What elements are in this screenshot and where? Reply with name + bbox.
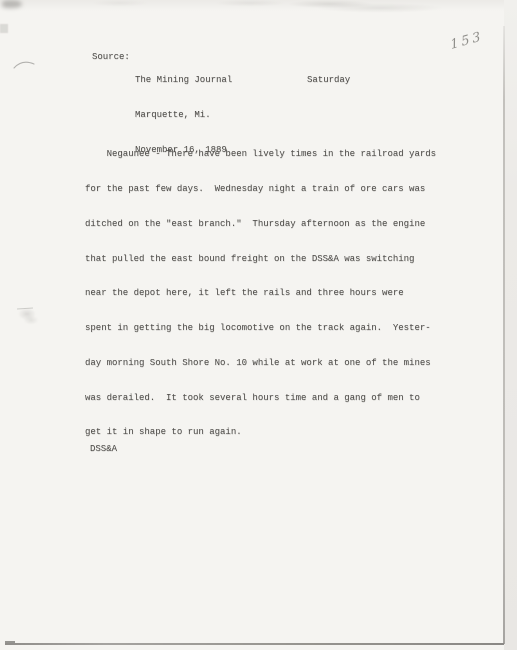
- body-line: for the past few days. Wednesday night a…: [85, 184, 436, 196]
- footer-railroad-code: DSS&A: [90, 444, 117, 456]
- source-label: Source:: [92, 52, 130, 64]
- left-edge-mark: [0, 24, 8, 33]
- bottom-left-mark: [5, 641, 15, 643]
- body-line: day morning South Shore No. 10 while at …: [85, 358, 436, 370]
- scan-background-right: [504, 0, 517, 650]
- paper-bottom-edge: [5, 643, 504, 645]
- article-body: Negaunee - There have been lively times …: [85, 126, 436, 462]
- body-line: that pulled the east bound freight on th…: [85, 254, 436, 266]
- source-location: Marquette, Mi.: [135, 110, 232, 122]
- scan-noise-top: [0, 0, 517, 14]
- body-line: spent in getting the big locomotive on t…: [85, 323, 436, 335]
- body-line: near the depot here, it left the rails a…: [85, 288, 436, 300]
- top-left-smudge: [2, 0, 22, 8]
- body-line: ditched on the "east branch." Thursday a…: [85, 219, 436, 231]
- pencil-curve-mark: [12, 56, 38, 72]
- paper-right-edge: [503, 26, 505, 644]
- body-line: get it in shape to run again.: [85, 427, 436, 439]
- source-publication: The Mining Journal: [135, 75, 232, 87]
- body-line: was derailed. It took several hours time…: [85, 393, 436, 405]
- day-of-week: Saturday: [307, 75, 350, 87]
- body-line: Negaunee - There have been lively times …: [85, 149, 436, 161]
- scanned-document-page: 153 Source: The Mining Journal Marquette…: [0, 0, 517, 650]
- handwritten-page-number: 153: [449, 29, 484, 53]
